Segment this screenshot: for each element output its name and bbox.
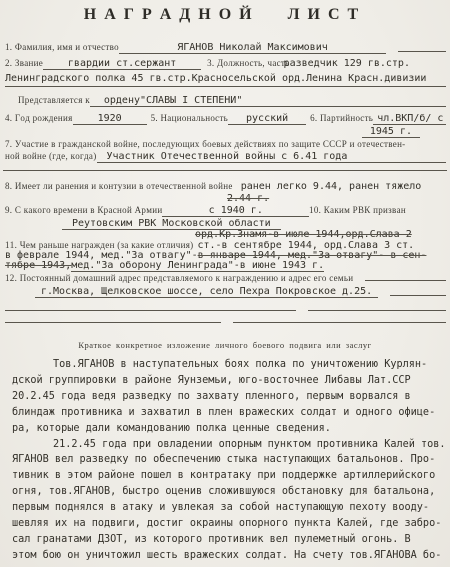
- field-birth-row: 4. Год рождения 1920 5. Национальность р…: [5, 113, 446, 125]
- ruled-line: [308, 309, 446, 311]
- war-participation-label-1: 7. Участие в гражданской войне, последую…: [5, 139, 405, 149]
- party-value: чл.ВКП/б/ с: [373, 113, 446, 125]
- field-war-participation-row2: ной войне (где, когда) Участник Отечеств…: [5, 151, 446, 163]
- summary-line: Тов.ЯГАНОВ в наступательных боях полка п…: [12, 357, 448, 373]
- summary-line: ра, которые дали командованию полка ценн…: [12, 421, 448, 437]
- summary-line: шевляя их на подвиги, достиг окраины опо…: [12, 516, 448, 532]
- party-label: 6. Партийность: [310, 113, 373, 123]
- name-value: ЯГАНОВ Николай Максимович: [119, 42, 386, 54]
- prior-awards-overline: орд.Кр.Знамя-в июле 1944,орд.Слава 2: [195, 229, 412, 240]
- ruled-line: [365, 279, 446, 281]
- summary-line: тивник в этом районе пошел в контратаку …: [12, 468, 448, 484]
- summary-text: Тов.ЯГАНОВ в наступательных боях полка п…: [12, 357, 448, 564]
- summary-line: сал гранатами ДЗОТ, из которого противни…: [12, 532, 448, 548]
- position-value-continued: Ленинградского полка 45 гв.стр.Красносел…: [5, 73, 426, 84]
- field-address-row: 12. Постоянный домашний адрес представля…: [5, 273, 446, 283]
- nationality-value: русский: [228, 113, 306, 125]
- ruled-line: [398, 50, 446, 52]
- blank-ruled-row: [5, 321, 446, 325]
- summary-line: ЯГАНОВ вел разведку по обеспечению стыка…: [12, 452, 448, 468]
- summary-line: блиндаж противника и захватил в плен вра…: [12, 405, 448, 421]
- prior-awards-label: 11. Чем раньше награжден (за какие отлич…: [5, 240, 193, 250]
- field-party-year-row: 1945 г.: [5, 126, 446, 138]
- summary-heading: Краткое конкретное изложение личного бое…: [0, 340, 450, 350]
- name-label: 1. Фамилия, имя и отчество: [5, 42, 119, 52]
- document-title: НАГРАДНОЙ ЛИСТ: [0, 6, 450, 24]
- home-address-label: 12. Постоянный домашний адрес представля…: [5, 273, 353, 283]
- prior-awards-value-3a: тябре 1943,: [5, 260, 71, 271]
- field-name-row: 1. Фамилия, имя и отчество ЯГАНОВ Никола…: [5, 42, 446, 54]
- ruled-line: [5, 309, 296, 311]
- birth-year-label: 4. Год рождения: [5, 113, 73, 123]
- prior-awards-value-3b: мед."За оборону Ленинграда"-в июне 1943 …: [71, 260, 324, 272]
- rank-value: гвардии ст.сержант: [43, 58, 201, 70]
- summary-line: 20.2.45 года ведя разведку по захвату пл…: [12, 389, 448, 405]
- ruled-line: [390, 294, 446, 296]
- nationality-label: 5. Национальность: [151, 113, 228, 123]
- field-unit-row: Ленинградского полка 45 гв.стр.Красносел…: [5, 73, 446, 87]
- field-rank-row: 2. Звание гвардии ст.сержант 3. Должност…: [5, 58, 446, 70]
- birth-year-value: 1920: [73, 113, 147, 125]
- field-awards-row3: тябре 1943, мед."За оборону Ленинграда"-…: [5, 260, 446, 272]
- war-participation-value: Участник Отечественной войны с 6.41 года: [97, 151, 446, 163]
- wounds-value-continued: 2.44 г.: [227, 193, 269, 204]
- service-since-value: с 1940 г.: [162, 205, 309, 217]
- service-since-label: 9. С какого времени в Красной Армии: [5, 205, 162, 215]
- blank-ruled-row: [5, 309, 446, 313]
- position-label: 3. Должность, часть: [207, 58, 289, 68]
- wounds-value: ранен легко 9.44, ранен тяжело: [241, 181, 422, 192]
- war-participation-label-2: ной войне (где, когда): [5, 151, 97, 161]
- home-address-value: г.Москва, Щелковское шоссе, село Пехра П…: [35, 286, 378, 298]
- field-address-row2: г.Москва, Щелковское шоссе, село Пехра П…: [5, 286, 446, 298]
- summary-line: дской группировки в районе Яунземьи, юго…: [12, 373, 448, 389]
- position-value: разведчик 129 гв.стр.: [284, 58, 410, 69]
- wounds-label: 8. Имеет ли ранения и контузии в отечест…: [5, 181, 233, 191]
- field-wounds-row2: 2.44 г.: [5, 193, 446, 204]
- rank-label: 2. Звание: [5, 58, 43, 68]
- summary-line: 21.2.45 года при овладении опорным пункт…: [12, 437, 448, 453]
- ruled-line: [3, 170, 447, 171]
- award-sheet-document: НАГРАДНОЙ ЛИСТ 1. Фамилия, имя и отчеств…: [0, 0, 450, 567]
- presented-label: Представляется к: [18, 95, 90, 105]
- field-service-row: 9. С какого времени в Красной Армии с 19…: [5, 205, 446, 217]
- field-war-participation-row: 7. Участие в гражданской войне, последую…: [5, 139, 446, 149]
- field-presented-row: Представляется к ордену"СЛАВЫ I СТЕПЕНИ": [18, 95, 446, 107]
- summary-line: этом бою он уничтожил шесть вражеских со…: [12, 548, 448, 564]
- summary-line: первым поднялся в атаку и увлекая за соб…: [12, 500, 448, 516]
- ruled-line: [5, 321, 221, 323]
- party-year-value: 1945 г.: [362, 126, 420, 138]
- drafted-by-label: 10. Каким РВК призван: [309, 205, 406, 215]
- field-awards-overline-row: орд.Кр.Знамя-в июле 1944,орд.Слава 2: [5, 229, 446, 240]
- presented-value: ордену"СЛАВЫ I СТЕПЕНИ": [90, 95, 446, 107]
- ruled-line: [233, 321, 446, 323]
- summary-line: огня, тов.ЯГАНОВ, быстро оценив сложившу…: [12, 484, 448, 500]
- field-wounds-row: 8. Имеет ли ранения и контузии в отечест…: [5, 181, 446, 192]
